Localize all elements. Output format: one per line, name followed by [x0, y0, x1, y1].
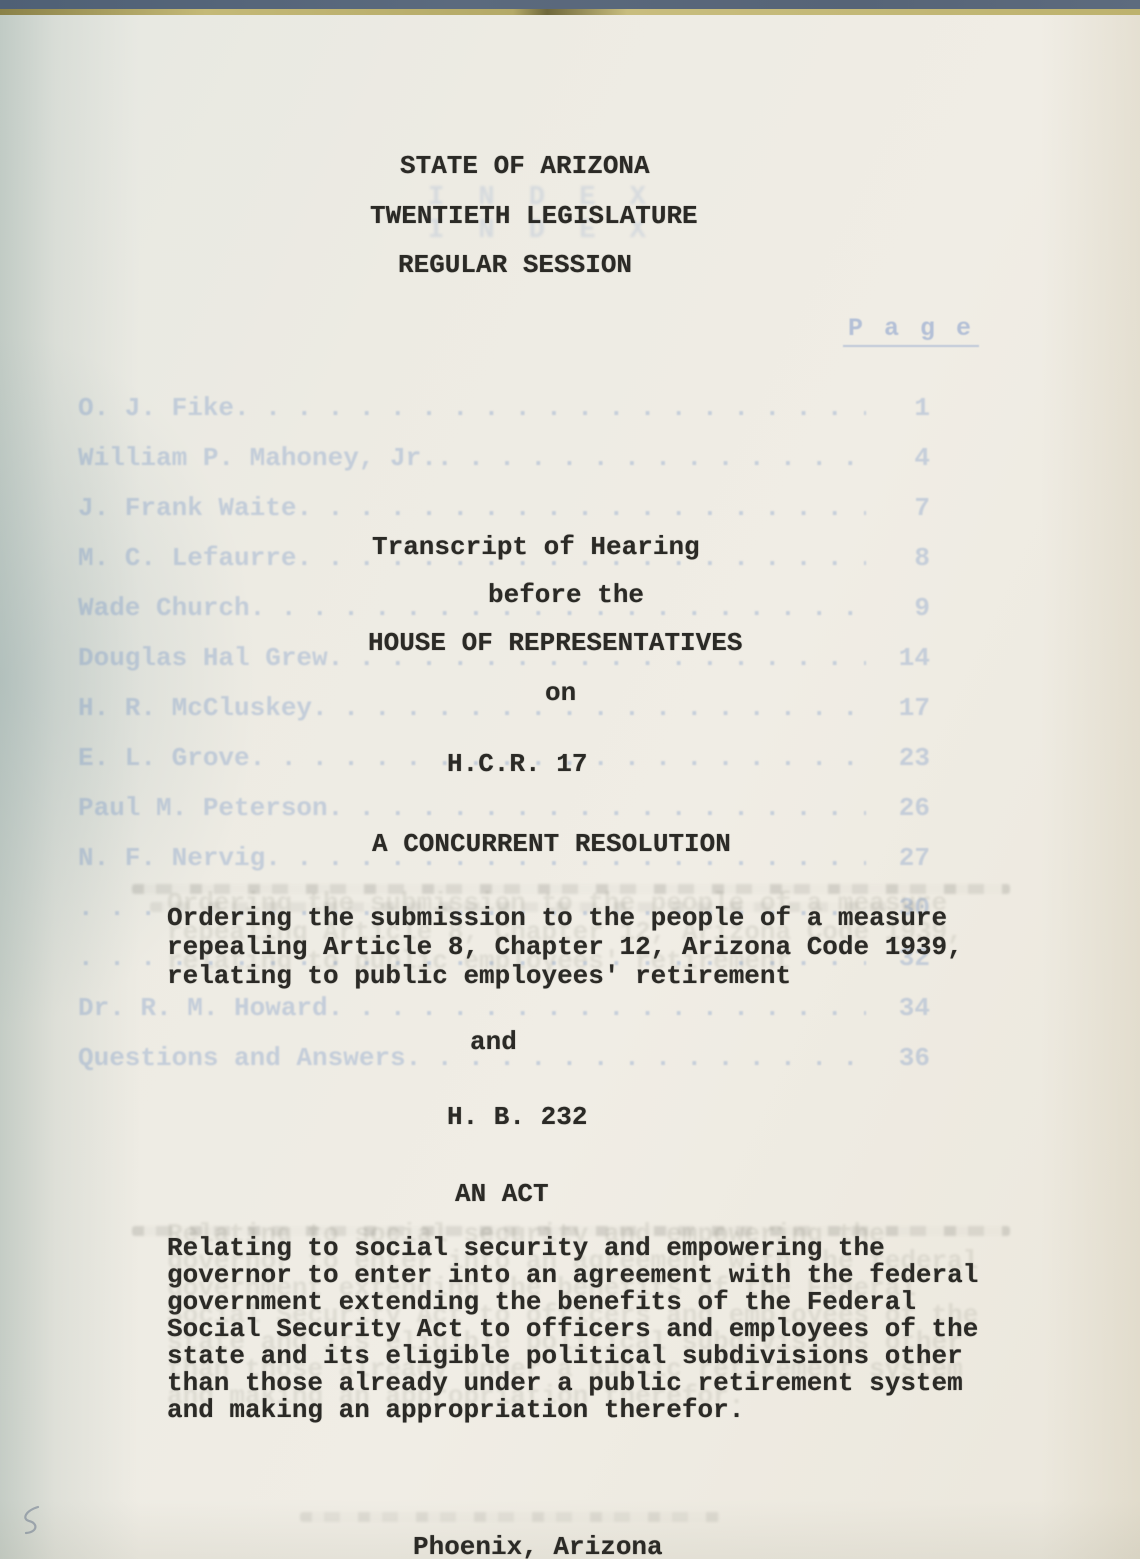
session-title: REGULAR SESSION — [398, 252, 632, 279]
stray-ink-mark — [16, 1504, 46, 1538]
ghost-index-row: William P. Mahoney, Jr. . . . . . . . . … — [78, 445, 930, 471]
act-text: Relating to social security and empoweri… — [167, 1235, 997, 1424]
location-line: Phoenix, Arizona — [413, 1534, 663, 1559]
ghost-page-column-header: P a g e — [843, 316, 979, 347]
legislature-title: TWENTIETH LEGISLATURE — [370, 203, 698, 230]
concurrent-resolution-heading: A CONCURRENT RESOLUTION — [372, 831, 731, 858]
before-the-line: before the — [488, 582, 644, 609]
an-act-heading: AN ACT — [455, 1181, 549, 1208]
on-line: on — [545, 680, 576, 707]
hb-number: H. B. 232 — [447, 1104, 587, 1131]
ghost-index-row: H. R. McCluskey . . . . . . . . . . . . … — [78, 695, 930, 721]
resolution-text: Ordering the submission to the people of… — [167, 904, 987, 991]
and-line: and — [470, 1029, 517, 1056]
ghost-index-row: Paul M. Peterson . . . . . . . . . . . .… — [78, 795, 930, 821]
house-of-representatives-line: HOUSE OF REPRESENTATIVES — [368, 630, 742, 657]
ghost-index-row: J. Frank Waite . . . . . . . . . . . . .… — [78, 495, 930, 521]
hcr-number: H.C.R. 17 — [447, 751, 587, 778]
ghost-index-row: Dr. R. M. Howard . . . . . . . . . . . .… — [78, 995, 930, 1021]
scanned-page: I N D E X I N D E X P a g e O. J. Fike .… — [0, 0, 1140, 1559]
ghost-index-row: O. J. Fike . . . . . . . . . . . . . . .… — [78, 395, 930, 421]
transcript-heading: Transcript of Hearing — [372, 534, 700, 561]
state-title: STATE OF ARIZONA — [400, 153, 650, 180]
